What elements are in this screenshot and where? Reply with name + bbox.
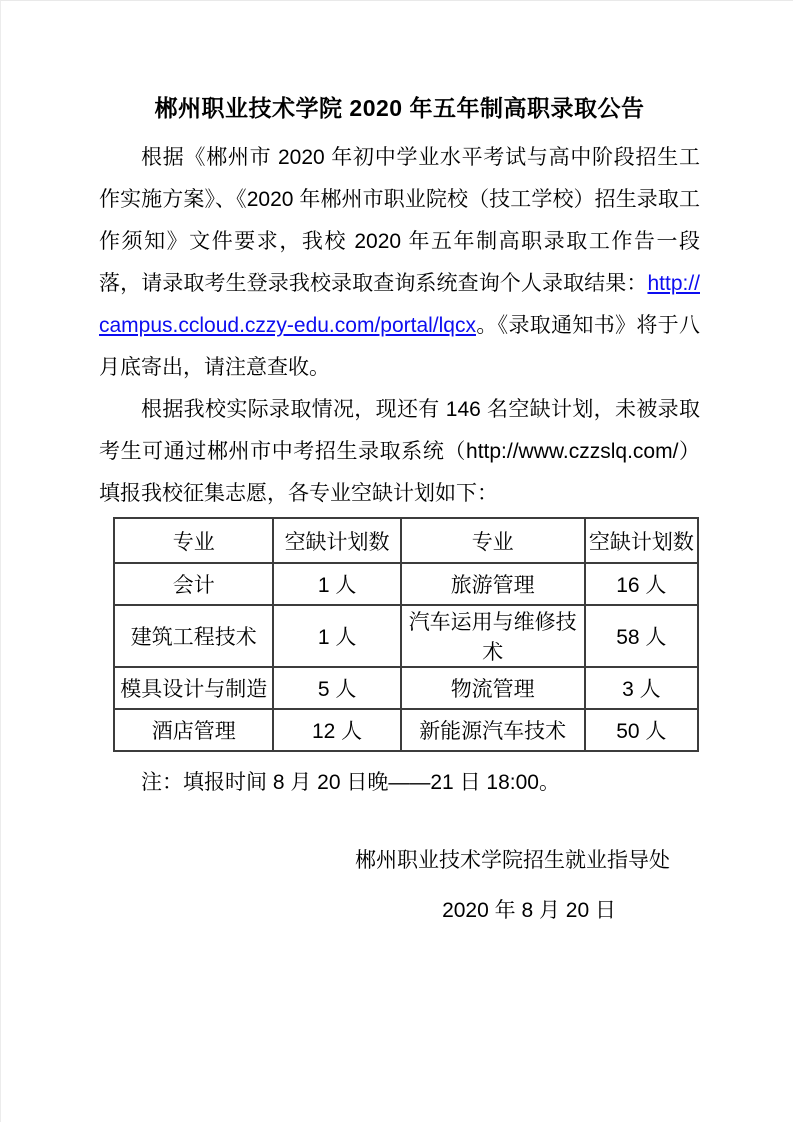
cell-major: 汽车运用与维修技术 [401,605,585,667]
cell-vacancy: 3 人 [585,667,698,709]
signature-block: 郴州职业技术学院招生就业指导处 2020 年 8 月 20 日 [99,836,700,936]
page-title: 郴州职业技术学院 2020 年五年制高职录取公告 [99,93,700,123]
cell-vacancy: 12 人 [273,709,400,751]
cell-vacancy: 5 人 [273,667,400,709]
table-row: 建筑工程技术 1 人 汽车运用与维修技术 58 人 [114,605,698,667]
cell-vacancy: 58 人 [585,605,698,667]
cell-vacancy: 1 人 [273,563,400,605]
paragraph-intro: 根据《郴州市 2020 年初中学业水平考试与高中阶段招生工作实施方案》、《202… [99,137,700,389]
paragraph-intro-text: 根据《郴州市 2020 年初中学业水平考试与高中阶段招生工作实施方案》、《202… [99,146,700,295]
header-vacancy-right: 空缺计划数 [585,518,698,563]
table-header-row: 专业 空缺计划数 专业 空缺计划数 [114,518,698,563]
header-vacancy-left: 空缺计划数 [273,518,400,563]
document-page: 郴州职业技术学院 2020 年五年制高职录取公告 根据《郴州市 2020 年初中… [0,0,793,1122]
cell-vacancy: 16 人 [585,563,698,605]
table-row: 会计 1 人 旅游管理 16 人 [114,563,698,605]
note: 注：填报时间 8 月 20 日晚——21 日 18:00。 [99,762,700,804]
table-row: 酒店管理 12 人 新能源汽车技术 50 人 [114,709,698,751]
vacancy-table: 专业 空缺计划数 专业 空缺计划数 会计 1 人 旅游管理 16 人 建筑工程技… [113,517,699,752]
paragraph-vacancy: 根据我校实际录取情况，现还有 146 名空缺计划，未被录取考生可通过郴州市中考招… [99,389,700,515]
cell-major: 模具设计与制造 [114,667,273,709]
cell-vacancy: 50 人 [585,709,698,751]
header-major-left: 专业 [114,518,273,563]
cell-major: 旅游管理 [401,563,585,605]
table-row: 模具设计与制造 5 人 物流管理 3 人 [114,667,698,709]
cell-major: 建筑工程技术 [114,605,273,667]
cell-major: 新能源汽车技术 [401,709,585,751]
cell-major: 酒店管理 [114,709,273,751]
cell-vacancy: 1 人 [273,605,400,667]
header-major-right: 专业 [401,518,585,563]
signature-department: 郴州职业技术学院招生就业指导处 [99,836,700,886]
signature-date: 2020 年 8 月 20 日 [99,886,700,936]
cell-major: 物流管理 [401,667,585,709]
cell-major: 会计 [114,563,273,605]
